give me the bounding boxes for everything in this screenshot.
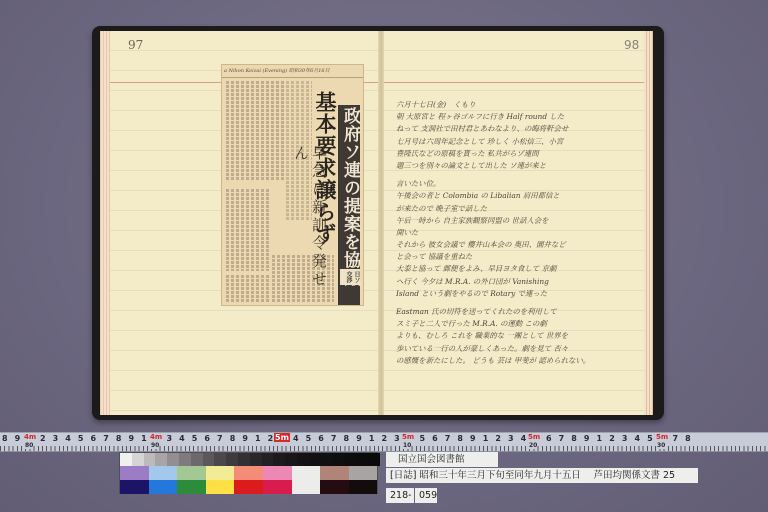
left-page-edges <box>100 31 110 415</box>
ruler-number: 7 <box>672 434 678 443</box>
handwritten-line: と会って 協議を重ねた <box>396 251 658 263</box>
ruler-number: 5 <box>78 434 84 443</box>
gray-swatch <box>309 453 321 466</box>
ruler-number: 7 <box>217 434 223 443</box>
ruler-number: 7 <box>103 434 109 443</box>
call-number-suffix: 059 <box>415 488 437 503</box>
ruler-number: 8 <box>116 434 122 443</box>
color-swatch <box>263 480 292 494</box>
ruler-number: 5 <box>647 434 653 443</box>
gray-swatch <box>120 453 132 466</box>
handwritten-line: スミ子と二人で行った M.R.A. の運動 この劇 <box>396 318 658 330</box>
gray-swatch <box>344 453 356 466</box>
ruler-ticks <box>0 446 768 451</box>
color-swatch <box>120 466 149 480</box>
clipping-body-text <box>226 189 270 271</box>
measuring-ruler: 8912345678912345678912345678912345678912… <box>0 432 768 452</box>
color-calibration-chart <box>119 452 378 494</box>
ruler-number: 6 <box>432 434 438 443</box>
handwritten-line: 開いた <box>396 227 658 239</box>
color-swatch <box>206 480 235 494</box>
ruler-cm-marker: 90 <box>151 442 159 449</box>
handwritten-entry: 六月十七日(金) くもり朝 大原宮と 程ヶ谷ゴルフに行き Half round … <box>396 99 658 367</box>
ruler-number: 8 <box>457 434 463 443</box>
ruler-number: 4 <box>179 434 185 443</box>
ruler-number: 9 <box>584 434 590 443</box>
ruler-number: 9 <box>15 434 21 443</box>
gray-swatch <box>262 453 274 466</box>
document-title-label: [日誌] 昭和三十年三月下旬至同年九月十五日 芦田均関係文書 25 <box>386 468 698 483</box>
ruler-number: 9 <box>129 434 135 443</box>
handwritten-line: の感慨を新たにした。 どうも 芸は 甲斐が 認められない。 <box>396 355 658 367</box>
gray-swatch <box>273 453 285 466</box>
handwritten-line: Island という劇をやるので Rotary で連った <box>396 288 658 300</box>
handwritten-line: 大泰と協って 郵便をよみ、早目ヨタ食して 京劇 <box>396 263 658 275</box>
ruler-number: 8 <box>685 434 691 443</box>
gray-swatch <box>238 453 250 466</box>
ruler-number: 3 <box>508 434 514 443</box>
ruler-cm-marker: 20 <box>529 442 537 449</box>
gray-swatch <box>226 453 238 466</box>
ruler-number: 1 <box>597 434 603 443</box>
color-swatch <box>349 466 378 480</box>
ruler-number: 7 <box>445 434 451 443</box>
clipping-body-text <box>226 275 270 303</box>
handwritten-line: 言いたい位。 <box>396 178 658 190</box>
gray-swatch <box>144 453 156 466</box>
ruler-number: 2 <box>382 434 388 443</box>
handwritten-line: 六月十七日(金) くもり <box>396 99 658 111</box>
gray-swatch <box>321 453 333 466</box>
clipping-tag: 日ソ交渉 <box>340 269 360 285</box>
handwritten-line: 題三つを別々の論文として出した ソ連が来と <box>396 160 658 172</box>
color-swatch <box>320 466 349 480</box>
color-swatch <box>292 480 321 494</box>
color-swatch <box>234 480 263 494</box>
call-number-prefix: 218- <box>386 488 414 503</box>
handwritten-line: が来たので 晩子室で話した <box>396 203 658 215</box>
gray-swatch <box>132 453 144 466</box>
gray-swatch <box>356 453 368 466</box>
handwritten-line: 朝 大原宮と 程ヶ谷ゴルフに行き Half round した <box>396 111 658 123</box>
ruler-number: 8 <box>230 434 236 443</box>
book-gutter <box>378 31 384 415</box>
ruler-number: 5 <box>306 434 312 443</box>
ruler-number: 5 <box>192 434 198 443</box>
ruler-number: 4 <box>521 434 527 443</box>
ruler-number: 6 <box>318 434 324 443</box>
ruler-meter-marker: 4m <box>24 433 36 441</box>
ruler-number: 6 <box>546 434 552 443</box>
ruler-number: 2 <box>609 434 615 443</box>
color-swatch <box>149 480 178 494</box>
ruler-number: 2 <box>40 434 46 443</box>
handwritten-line: 午后一時から 自主家族観察同盟の 世話人会を <box>396 215 658 227</box>
ruler-number: 3 <box>53 434 59 443</box>
ruler-number: 3 <box>622 434 628 443</box>
ruler-number: 3 <box>166 434 172 443</box>
ruler-number: 1 <box>255 434 261 443</box>
ruler-cm-marker: 30 <box>657 442 665 449</box>
gray-swatch <box>167 453 179 466</box>
ruler-number: 2 <box>495 434 501 443</box>
gray-swatch <box>179 453 191 466</box>
ruler-meter-marker: 5m <box>528 433 540 441</box>
color-swatch <box>292 466 321 480</box>
color-swatch <box>234 466 263 480</box>
handwritten-line: 歩いている一行の人が豪しくあった。劇を見て 否々 <box>396 343 658 355</box>
handwritten-line: それから 彼女会議で 櫻井山本会の 奥田、園井など <box>396 239 658 251</box>
clipping-masthead: a Nihon Keizai (Evening) 昭和30年6月16日 <box>222 65 364 78</box>
color-swatches-bottom <box>120 480 377 494</box>
ruler-number: 8 <box>571 434 577 443</box>
color-swatch <box>263 466 292 480</box>
ruler-meter-marker: 5m <box>274 433 290 442</box>
gray-swatch <box>285 453 297 466</box>
ruler-number: 1 <box>483 434 489 443</box>
color-swatches-top <box>120 466 377 480</box>
ruler-number: 4 <box>635 434 641 443</box>
ruler-number: 3 <box>394 434 400 443</box>
ruler-number: 2 <box>268 434 274 443</box>
gray-swatch <box>332 453 344 466</box>
ruler-number: 1 <box>141 434 147 443</box>
gray-swatch <box>155 453 167 466</box>
grayscale-strip <box>120 453 380 466</box>
ruler-number: 7 <box>559 434 565 443</box>
newspaper-clipping: a Nihon Keizai (Evening) 昭和30年6月16日 政府ソ連… <box>221 64 364 306</box>
color-swatch <box>349 480 378 494</box>
color-swatch <box>177 466 206 480</box>
right-header-rule <box>384 82 644 83</box>
ruler-number: 1 <box>369 434 375 443</box>
handwritten-line: Eastman 氏の切符を送ってくれたのを利用して <box>396 306 658 318</box>
ruler-number: 9 <box>470 434 476 443</box>
clipping-sub-heading: 早急に新訓令発せん <box>292 145 328 305</box>
ruler-number: 9 <box>242 434 248 443</box>
ruler-meter-marker: 5m <box>656 433 668 441</box>
ruler-number: 5 <box>419 434 425 443</box>
right-page-number: 98 <box>624 38 639 52</box>
color-swatch <box>206 466 235 480</box>
handwritten-line: よりも、むしろ これを 職業的な 一團として 世界を <box>396 330 658 342</box>
color-swatch <box>320 480 349 494</box>
ruler-number: 8 <box>2 434 8 443</box>
gray-swatch <box>203 453 215 466</box>
gray-swatch <box>250 453 262 466</box>
handwritten-line: ねって 支洞社で田村君とあわなより、の晦将軒会せ <box>396 123 658 135</box>
clipping-body-text <box>226 81 286 181</box>
ruler-number: 9 <box>356 434 362 443</box>
ruler-number: 4 <box>65 434 71 443</box>
ruler-number: 6 <box>204 434 210 443</box>
left-page-number: 97 <box>128 38 143 52</box>
ruler-number: 6 <box>91 434 97 443</box>
clipping-headline: 政府ソ連の提案を協議 <box>340 107 360 287</box>
ruler-number: 8 <box>344 434 350 443</box>
ruler-meter-marker: 5m <box>402 433 414 441</box>
handwritten-line: へ行く 今夕は M.R.A. の外口団が Vanishing <box>396 276 658 288</box>
handwritten-line: 七月号は六周年記念として 珍しく 小松信三、小宮 <box>396 136 658 148</box>
handwritten-line: 豊隆氏などの原稿を貰った 私共がらゾ連問 <box>396 148 658 160</box>
handwritten-line: 午後会の者と Colombia の Libalian 肩田都信と <box>396 190 658 202</box>
color-swatch <box>149 466 178 480</box>
gray-swatch <box>297 453 309 466</box>
ruler-cm-marker: 10 <box>403 442 411 449</box>
gray-swatch <box>368 453 380 466</box>
ruler-cm-marker: 80 <box>25 442 33 449</box>
color-swatch <box>120 480 149 494</box>
gray-swatch <box>214 453 226 466</box>
ruler-number: 4 <box>293 434 299 443</box>
gray-swatch <box>191 453 203 466</box>
ruler-meter-marker: 4m <box>150 433 162 441</box>
library-label: 国立国会図書館 <box>386 452 498 467</box>
ruler-number: 7 <box>331 434 337 443</box>
color-swatch <box>177 480 206 494</box>
